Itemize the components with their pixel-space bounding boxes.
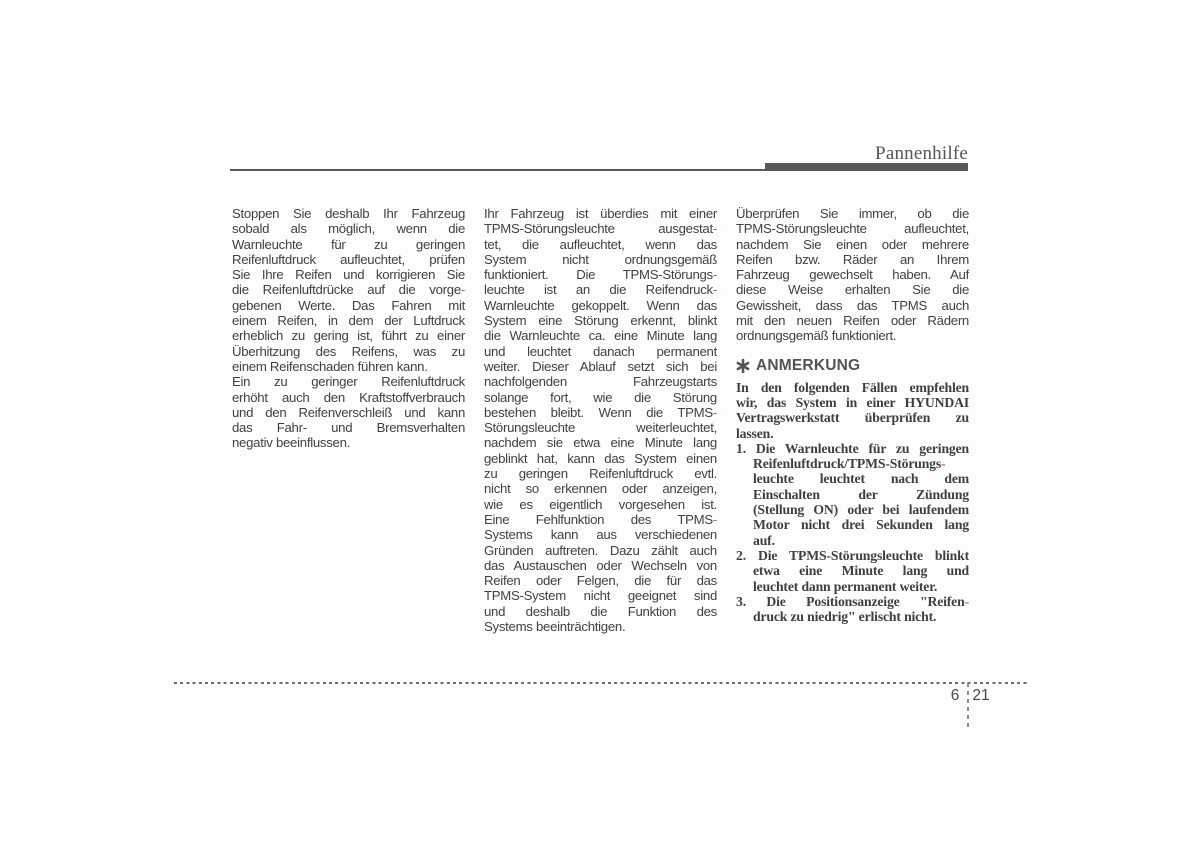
text-line: die Warnleuchte ca. eine Minute lang <box>484 328 717 343</box>
text-line: Warnleuchte für zu geringen <box>232 237 465 252</box>
text-line: 2. Die TPMS-Störungsleuchte blinkt <box>736 548 969 563</box>
text-line: Ein zu geringer Reifenluftdruck <box>232 374 465 389</box>
text-line: erhöht auch den Kraftstoffverbrauch <box>232 390 465 405</box>
text-line: Eine Fehlfunktion des TPMS- <box>484 512 717 527</box>
paragraph: Überprüfen Sie immer, ob dieTPMS-Störung… <box>736 206 969 344</box>
note-title: ANMERKUNG <box>756 357 860 375</box>
text-line: etwa eine Minute lang und <box>736 563 969 578</box>
note-body: In den folgenden Fällen empfehlenwir, da… <box>736 380 969 625</box>
red-hyphen: - <box>713 267 717 282</box>
text-line: negativ beeinflussen. <box>232 435 465 450</box>
text-line: leuchtet dann permanent weiter. <box>736 579 969 594</box>
page-number: 6 21 <box>930 687 1000 705</box>
text-line: (Stellung ON) oder bei laufendem <box>736 502 969 517</box>
column-right: Überprüfen Sie immer, ob dieTPMS-Störung… <box>736 206 969 624</box>
text-line: nachdem sie etwa eine Minute lang <box>484 435 717 450</box>
text-line: Einschalten der Zündung <box>736 487 969 502</box>
note-item-1: 1. Die Warnleuchte für zu geringenReifen… <box>736 441 969 548</box>
text-line: und den Reifenverschleiß und kann <box>232 405 465 420</box>
text-line: Reifenluftdruck aufleuchtet, prüfen <box>232 252 465 267</box>
page-title: Pannenhilfe <box>875 143 968 165</box>
text-line: auf. <box>736 533 969 548</box>
text-line: leuchte leuchtet nach dem <box>736 471 969 486</box>
red-hyphen: - <box>713 405 717 420</box>
text-line: nachfolgenden Fahrzeugstarts <box>484 374 717 389</box>
text-line: zu geringen Reifenluftdruck evtl. <box>484 466 717 481</box>
text-line: diese Weise erhalten Sie die <box>736 282 969 297</box>
text-line: das Austauschen oder Wechseln von <box>484 558 717 573</box>
text-line: Störungsleuchte weiterleuchtet, <box>484 420 717 435</box>
red-hyphen: - <box>461 282 465 297</box>
text-line: Fahrzeug gewechselt haben. Auf <box>736 267 969 282</box>
text-line: Reifen oder Felgen, die für das <box>484 573 717 588</box>
text-line: Überprüfen Sie immer, ob die <box>736 206 969 221</box>
text-line: Überhitzung des Reifens, was zu <box>232 344 465 359</box>
text-line: bestehen bleibt. Wenn die TPMS- <box>484 405 717 420</box>
text-line: lassen. <box>736 426 969 441</box>
text-line: System eine Störung erkennt, blinkt <box>484 313 717 328</box>
text-line: tet, die aufleuchtet, wenn das <box>484 237 717 252</box>
text-line: Gewissheit, dass das TPMS auch <box>736 298 969 313</box>
text-line: mit den neuen Reifen oder Rädern <box>736 313 969 328</box>
text-line: geblinkt hat, kann das System einen <box>484 451 717 466</box>
text-line: wir, das System in einer HYUNDAI <box>736 395 969 410</box>
manual-page: Pannenhilfe Stoppen Sie deshalb Ihr Fahr… <box>0 0 1200 848</box>
text-line: In den folgenden Fällen empfehlen <box>736 380 969 395</box>
column-left: Stoppen Sie deshalb Ihr Fahrzeugsobald a… <box>232 206 465 451</box>
red-hyphen: - <box>713 512 717 527</box>
column-middle: Ihr Fahrzeug ist überdies mit einerTPMS-… <box>484 206 717 634</box>
paragraph: Stoppen Sie deshalb Ihr Fahrzeugsobald a… <box>232 206 465 374</box>
red-hyphen: - <box>965 594 969 609</box>
text-line: TPMS-Störungsleuchte aufleuchtet, <box>736 221 969 236</box>
text-line: Ihr Fahrzeug ist überdies mit einer <box>484 206 717 221</box>
text-line: Motor nicht drei Sekunden lang <box>736 517 969 532</box>
text-line: leuchte ist an die Reifendruck- <box>484 282 717 297</box>
note-item-3: 3. Die Positionsanzeige "Reifen-druck zu… <box>736 594 969 625</box>
text-line: nicht so erkennen oder anzeigen, <box>484 481 717 496</box>
heavy-asterisk-icon <box>736 359 750 373</box>
text-line: Warnleuchte gekoppelt. Wenn das <box>484 298 717 313</box>
text-line: ordnungsgemäß funktioniert. <box>736 328 969 343</box>
red-hyphen: - <box>713 282 717 297</box>
red-hyphen: - <box>941 456 945 471</box>
text-line: nachdem Sie einen oder mehrere <box>736 237 969 252</box>
text-line: Systems beeinträchtigen. <box>484 619 717 634</box>
text-line: weiter. Dieser Ablauf setzt sich bei <box>484 359 717 374</box>
text-line: wie es eigentlich vorgesehen ist. <box>484 497 717 512</box>
text-line: erheblich zu gering ist, führt zu einer <box>232 328 465 343</box>
page-in-chapter: 21 <box>965 687 1000 705</box>
paragraph: Ihr Fahrzeug ist überdies mit einerTPMS-… <box>484 206 717 634</box>
paragraph: Ein zu geringer Reifenluftdruckerhöht au… <box>232 374 465 450</box>
text-line: und deshalb die Funktion des <box>484 604 717 619</box>
text-line: das Fahr- und Bremsverhalten <box>232 420 465 435</box>
text-line: solange fort, wie die Störung <box>484 390 717 405</box>
note-heading: ANMERKUNG <box>736 356 969 376</box>
note-item-2: 2. Die TPMS-Störungsleuchte blinktetwa e… <box>736 548 969 594</box>
footer-dotted-rule <box>174 682 1028 684</box>
text-line: Stoppen Sie deshalb Ihr Fahrzeug <box>232 206 465 221</box>
text-line: TPMS-Störungsleuchte ausgestat- <box>484 221 717 236</box>
text-line: Reifen bzw. Räder an Ihrem <box>736 252 969 267</box>
text-line: Reifenluftdruck/TPMS-Störungs- <box>736 456 969 471</box>
text-line: und leuchtet danach permanent <box>484 344 717 359</box>
text-line: TPMS-System nicht geeignet sind <box>484 588 717 603</box>
text-line: 1. Die Warnleuchte für zu geringen <box>736 441 969 456</box>
text-line: die Reifenluftdrücke auf die vorge- <box>232 282 465 297</box>
chapter-number: 6 <box>930 687 965 705</box>
note-intro-paragraph: In den folgenden Fällen empfehlenwir, da… <box>736 380 969 441</box>
text-line: druck zu niedrig" erlischt nicht. <box>736 609 969 624</box>
text-line: sobald als möglich, wenn die <box>232 221 465 236</box>
text-line: einem Reifenschaden führen kann. <box>232 359 465 374</box>
text-line: gebenen Werte. Das Fahren mit <box>232 298 465 313</box>
red-hyphen: - <box>713 221 717 236</box>
text-line: Systems kann aus verschiedenen <box>484 527 717 542</box>
text-line: einem Reifen, in dem der Luftdruck <box>232 313 465 328</box>
text-line: Sie Ihre Reifen und korrigieren Sie <box>232 267 465 282</box>
text-line: funktioniert. Die TPMS-Störungs- <box>484 267 717 282</box>
text-line: Gründen auftreten. Dazu zählt auch <box>484 543 717 558</box>
text-line: Vertragswerkstatt überprüfen zu <box>736 410 969 425</box>
text-line: System nicht ordnungsgemäß <box>484 252 717 267</box>
text-line: 3. Die Positionsanzeige "Reifen- <box>736 594 969 609</box>
